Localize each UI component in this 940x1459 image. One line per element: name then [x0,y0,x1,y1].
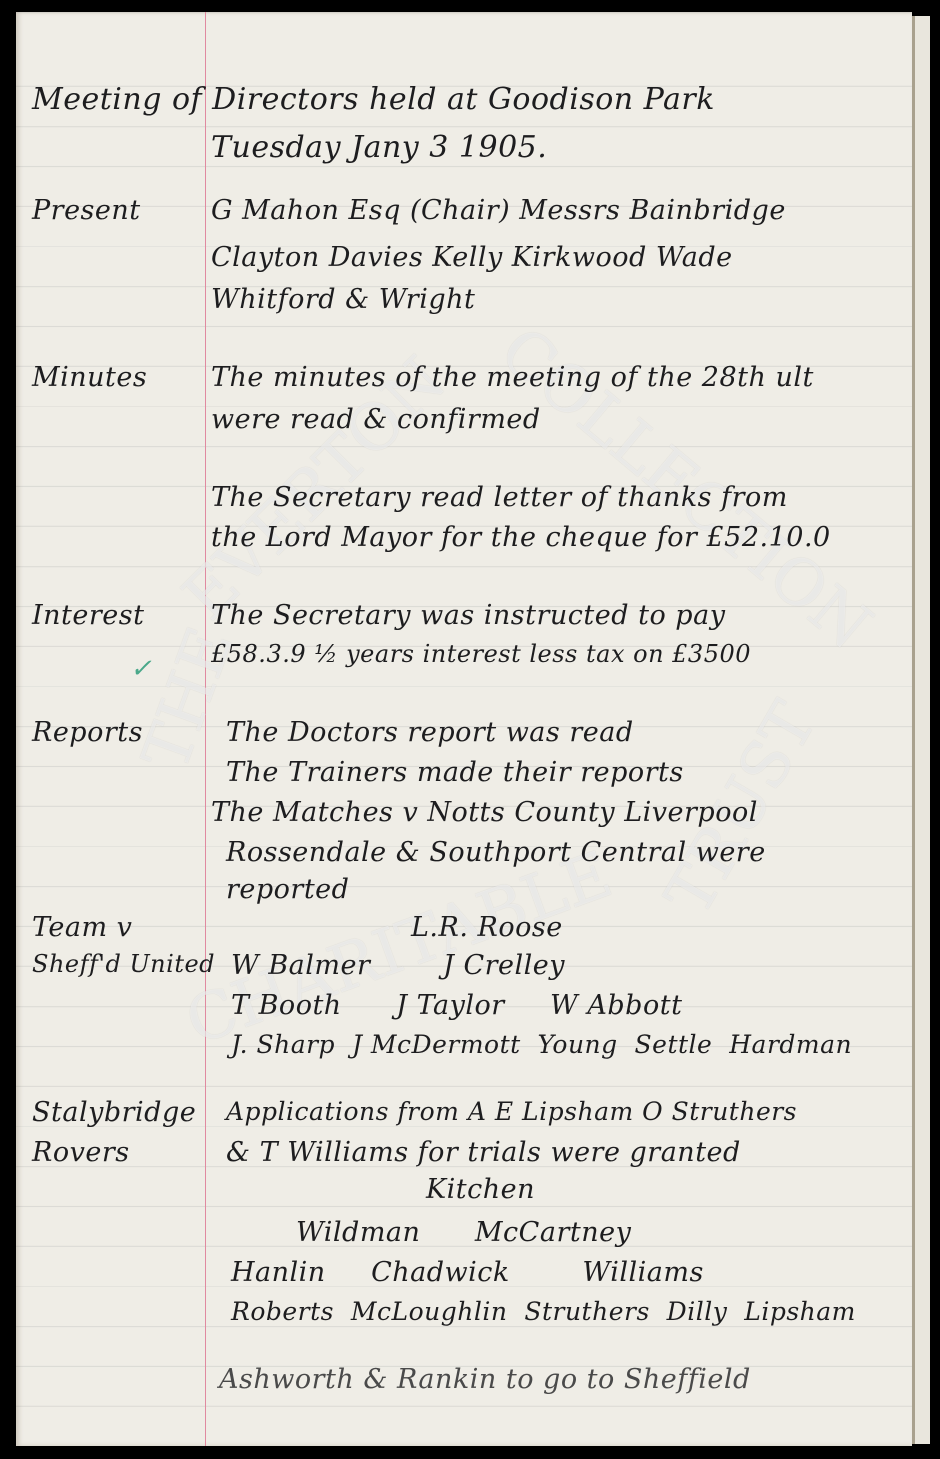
present-line-3: Whitford & Wright [211,284,475,315]
stalybridge-goalkeeper: Kitchen [426,1174,535,1205]
present-line-1: G Mahon Esq (Chair) Messrs Bainbridge [211,195,786,226]
meeting-date: Tuesday Jany 3 1905. [211,130,547,165]
heading-stalybridge: Stalybridge [32,1097,196,1128]
stalybridge-backs: Wildman McCartney [296,1217,631,1248]
minutes-line-2: were read & confirmed [211,404,541,435]
heading-interest: Interest [32,600,144,631]
heading-team-v: Team v [32,912,132,943]
stalybridge-line-1: Applications from A E Lipsham O Struther… [226,1097,797,1126]
team-goalkeeper: L.R. Roose [411,912,563,943]
present-line-2: Clayton Davies Kelly Kirkwood Wade [211,242,733,273]
watermark-charitable: CHARITABLE [177,838,622,1060]
green-check-mark-icon: ✓ [130,654,152,684]
minutes-line-4: the Lord Mayor for the cheque for £52.10… [211,522,831,553]
reports-line-1: The Doctors report was read [226,717,634,748]
reports-line-4: Rossendale & Southport Central were [226,837,766,868]
minutes-line-3: The Secretary read letter of thanks from [211,482,788,513]
heading-present: Present [32,195,141,226]
heading-reports: Reports [32,717,143,748]
team-backs: W Balmer J Crelley [231,950,565,981]
book-spine-edge [912,16,930,1444]
red-margin-line [205,12,206,1446]
meeting-title: Meeting of Directors held at Goodison Pa… [32,82,715,117]
team-forwards: J. Sharp J McDermott Young Settle Hardma… [231,1030,852,1059]
heading-minutes: Minutes [32,362,147,393]
minutes-line-1: The minutes of the meeting of the 28th u… [211,362,814,393]
stalybridge-halfbacks: Hanlin Chadwick Williams [231,1257,704,1288]
stalybridge-travel-note: Ashworth & Rankin to go to Sheffield [219,1364,751,1395]
interest-line-1: The Secretary was instructed to pay [211,600,725,631]
team-halfbacks: T Booth J Taylor W Abbott [231,990,682,1021]
reports-line-3: The Matches v Notts County Liverpool [211,797,758,828]
reports-line-2: The Trainers made their reports [226,757,684,788]
stalybridge-forwards: Roberts McLoughlin Struthers Dilly Lipsh… [231,1297,856,1326]
minute-book-page: THE EVERTON COLLECTION CHARITABLE TRUST … [16,12,912,1446]
interest-line-2: £58.3.9 ½ years interest less tax on £35… [211,640,751,668]
reports-line-5: reported [226,874,349,905]
stalybridge-line-2: & T Williams for trials were granted [226,1137,741,1168]
heading-rovers: Rovers [32,1137,130,1168]
heading-sheffield-united: Sheff'd United [32,950,215,978]
